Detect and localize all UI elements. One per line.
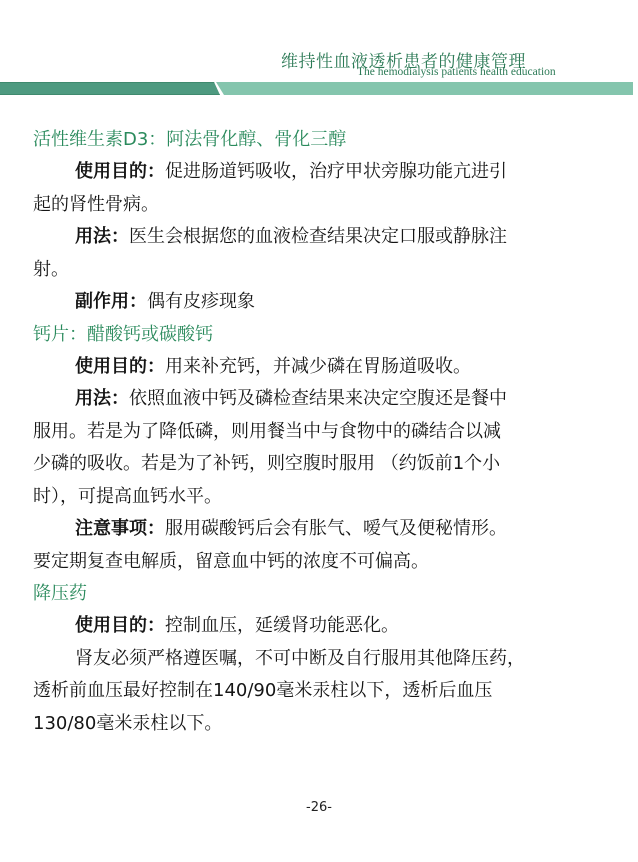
paragraph-purpose: 使用目的：用来补充钙，并减少磷在胃肠道吸收。 xyxy=(33,351,613,384)
paragraph-text: 服用。若是为了降低磷，则用餐当中与食物中的磷结合以减 xyxy=(33,421,501,442)
paragraph-usage: 用法：依照血液中钙及磷检查结果来决定空腹还是餐中 服用。若是为了降低磷，则用餐当… xyxy=(33,383,613,513)
paragraph-text: 时），可提高血钙水平。 xyxy=(33,486,222,507)
paragraph-text: 要定期复查电解质，留意血中钙的浓度不可偏高。 xyxy=(33,551,429,572)
paragraph-usage: 用法：医生会根据您的血液检查结果决定口服或静脉注 射。 xyxy=(33,221,613,286)
paragraph-label: 用法： xyxy=(75,388,129,409)
section-heading-calcium-tablets: 钙片：醋酸钙或碳酸钙 xyxy=(33,319,613,351)
header-bar-light-segment xyxy=(216,82,633,95)
paragraph-text: 射。 xyxy=(33,259,69,280)
paragraph-label: 注意事项： xyxy=(75,518,165,539)
paragraph-text: 少磷的吸收。若是为了补钙，则空腹时服用 （约饭前1个小 xyxy=(33,453,500,474)
paragraph-text: 控制血压，延缓肾功能恶化。 xyxy=(165,615,399,636)
paragraph-text: 依照血液中钙及磷检查结果来决定空腹还是餐中 xyxy=(129,388,507,409)
paragraph-text: 用来补充钙，并减少磷在胃肠道吸收。 xyxy=(165,356,471,377)
paragraph-label: 副作用： xyxy=(75,291,147,312)
paragraph-precautions: 注意事项：服用碳酸钙后会有胀气、嗳气及便秘情形。 要定期复查电解质，留意血中钙的… xyxy=(33,513,613,578)
paragraph-side-effects: 副作用：偶有皮疹现象 xyxy=(33,286,613,319)
paragraph-text: 130/80毫米汞柱以下。 xyxy=(33,713,222,734)
paragraph-text: 透析前血压最好控制在140/90毫米汞柱以下，透析后血压 xyxy=(33,680,492,701)
paragraph-label: 用法： xyxy=(75,226,129,247)
paragraph-label: 使用目的： xyxy=(75,161,165,182)
paragraph-purpose: 使用目的：控制血压，延缓肾功能恶化。 xyxy=(33,610,613,643)
header-title-en: The hemodialysis patients health educati… xyxy=(357,66,556,78)
section-heading-vitamin-d3: 活性维生素D3：阿法骨化醇、骨化三醇 xyxy=(33,124,613,156)
header-decorative-bar xyxy=(0,82,633,95)
paragraph-label: 使用目的： xyxy=(75,615,165,636)
paragraph-label: 使用目的： xyxy=(75,356,165,377)
paragraph-text: 起的肾性骨病。 xyxy=(33,194,159,215)
paragraph-text: 偶有皮疹现象 xyxy=(147,291,255,312)
paragraph-text: 促进肠道钙吸收，治疗甲状旁腺功能亢进引 xyxy=(165,161,507,182)
paragraph-bp-guidance: 肾友必须严格遵医嘱，不可中断及自行服用其他降压药， 透析前血压最好控制在140/… xyxy=(33,643,613,741)
paragraph-text: 服用碳酸钙后会有胀气、嗳气及便秘情形。 xyxy=(165,518,507,539)
section-heading-antihypertensives: 降压药 xyxy=(33,578,613,610)
header-bar-dark-segment xyxy=(0,82,220,95)
paragraph-text: 肾友必须严格遵医嘱，不可中断及自行服用其他降压药， xyxy=(75,648,525,669)
document-body: 活性维生素D3：阿法骨化醇、骨化三醇 使用目的：促进肠道钙吸收，治疗甲状旁腺功能… xyxy=(33,124,613,740)
paragraph-purpose: 使用目的：促进肠道钙吸收，治疗甲状旁腺功能亢进引 起的肾性骨病。 xyxy=(33,156,613,221)
paragraph-text: 医生会根据您的血液检查结果决定口服或静脉注 xyxy=(129,226,507,247)
page-number: -26- xyxy=(0,800,638,815)
